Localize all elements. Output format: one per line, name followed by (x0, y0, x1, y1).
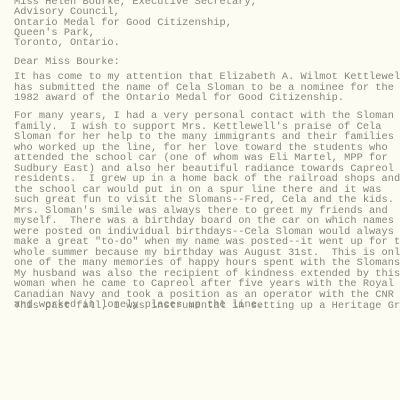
paragraph-2-line: Sloman for her help to the many immigran… (14, 132, 394, 142)
address-line-council: Advisory Council, (14, 7, 120, 17)
paragraph-2-line: My husband was also the recipient of kin… (14, 269, 400, 279)
letter-page: Miss Helen Bourke, Executive Secretary, … (0, 0, 400, 400)
paragraph-2-line: For many years, I had a very personal co… (14, 111, 394, 121)
paragraph-2-line: Sudbury East) and also her beautiful rad… (14, 164, 394, 174)
paragraph-2-line: family. I wish to support Mrs. Kettlewel… (14, 122, 382, 132)
paragraph-2-line: the school car would put in on a spur li… (14, 185, 382, 195)
paragraph-2-line: who worked up the line, for her love tow… (14, 143, 388, 153)
paragraph-2-line: Canadian Navy and took a position as an … (14, 290, 394, 300)
paragraph-2-line: one of the many memories of happy hours … (14, 258, 400, 268)
paragraph-2-line: woman when he came to Capreol after five… (14, 279, 394, 289)
paragraph-2-line: Mrs. Sloman's smile was always there to … (14, 206, 388, 216)
paragraph-2-line: whole summer because my birthday was Aug… (14, 248, 400, 258)
paragraph-2-line: residents. I grew up in a home back of t… (14, 174, 400, 184)
paragraph-1-line: 1982 award of the Ontario Medal for Good… (14, 93, 344, 103)
salutation: Dear Miss Bourke: (14, 57, 120, 67)
paragraph-2-line: make a great "to-do" when my name was po… (14, 237, 400, 247)
address-line-medal: Ontario Medal for Good Citizenship, (14, 18, 232, 28)
paragraph-2-line: attended the school car (one of whom was… (14, 153, 388, 163)
paragraph-2-line: were posted on individual birthdays--Cel… (14, 227, 394, 237)
paragraph-2-line: myself. There was a birthday board on th… (14, 216, 394, 226)
paragraph-1-line: It has come to my attention that Elizabe… (14, 72, 400, 82)
paragraph-2-line: such great fun to visit the Slomans--Fre… (14, 195, 394, 205)
paragraph-1-line: has submitted the name of Cela Sloman to… (14, 83, 394, 93)
address-line-city: Toronto, Ontario. (14, 38, 120, 48)
paragraph-3-line: This past fall, I was instrumental in se… (14, 301, 400, 311)
